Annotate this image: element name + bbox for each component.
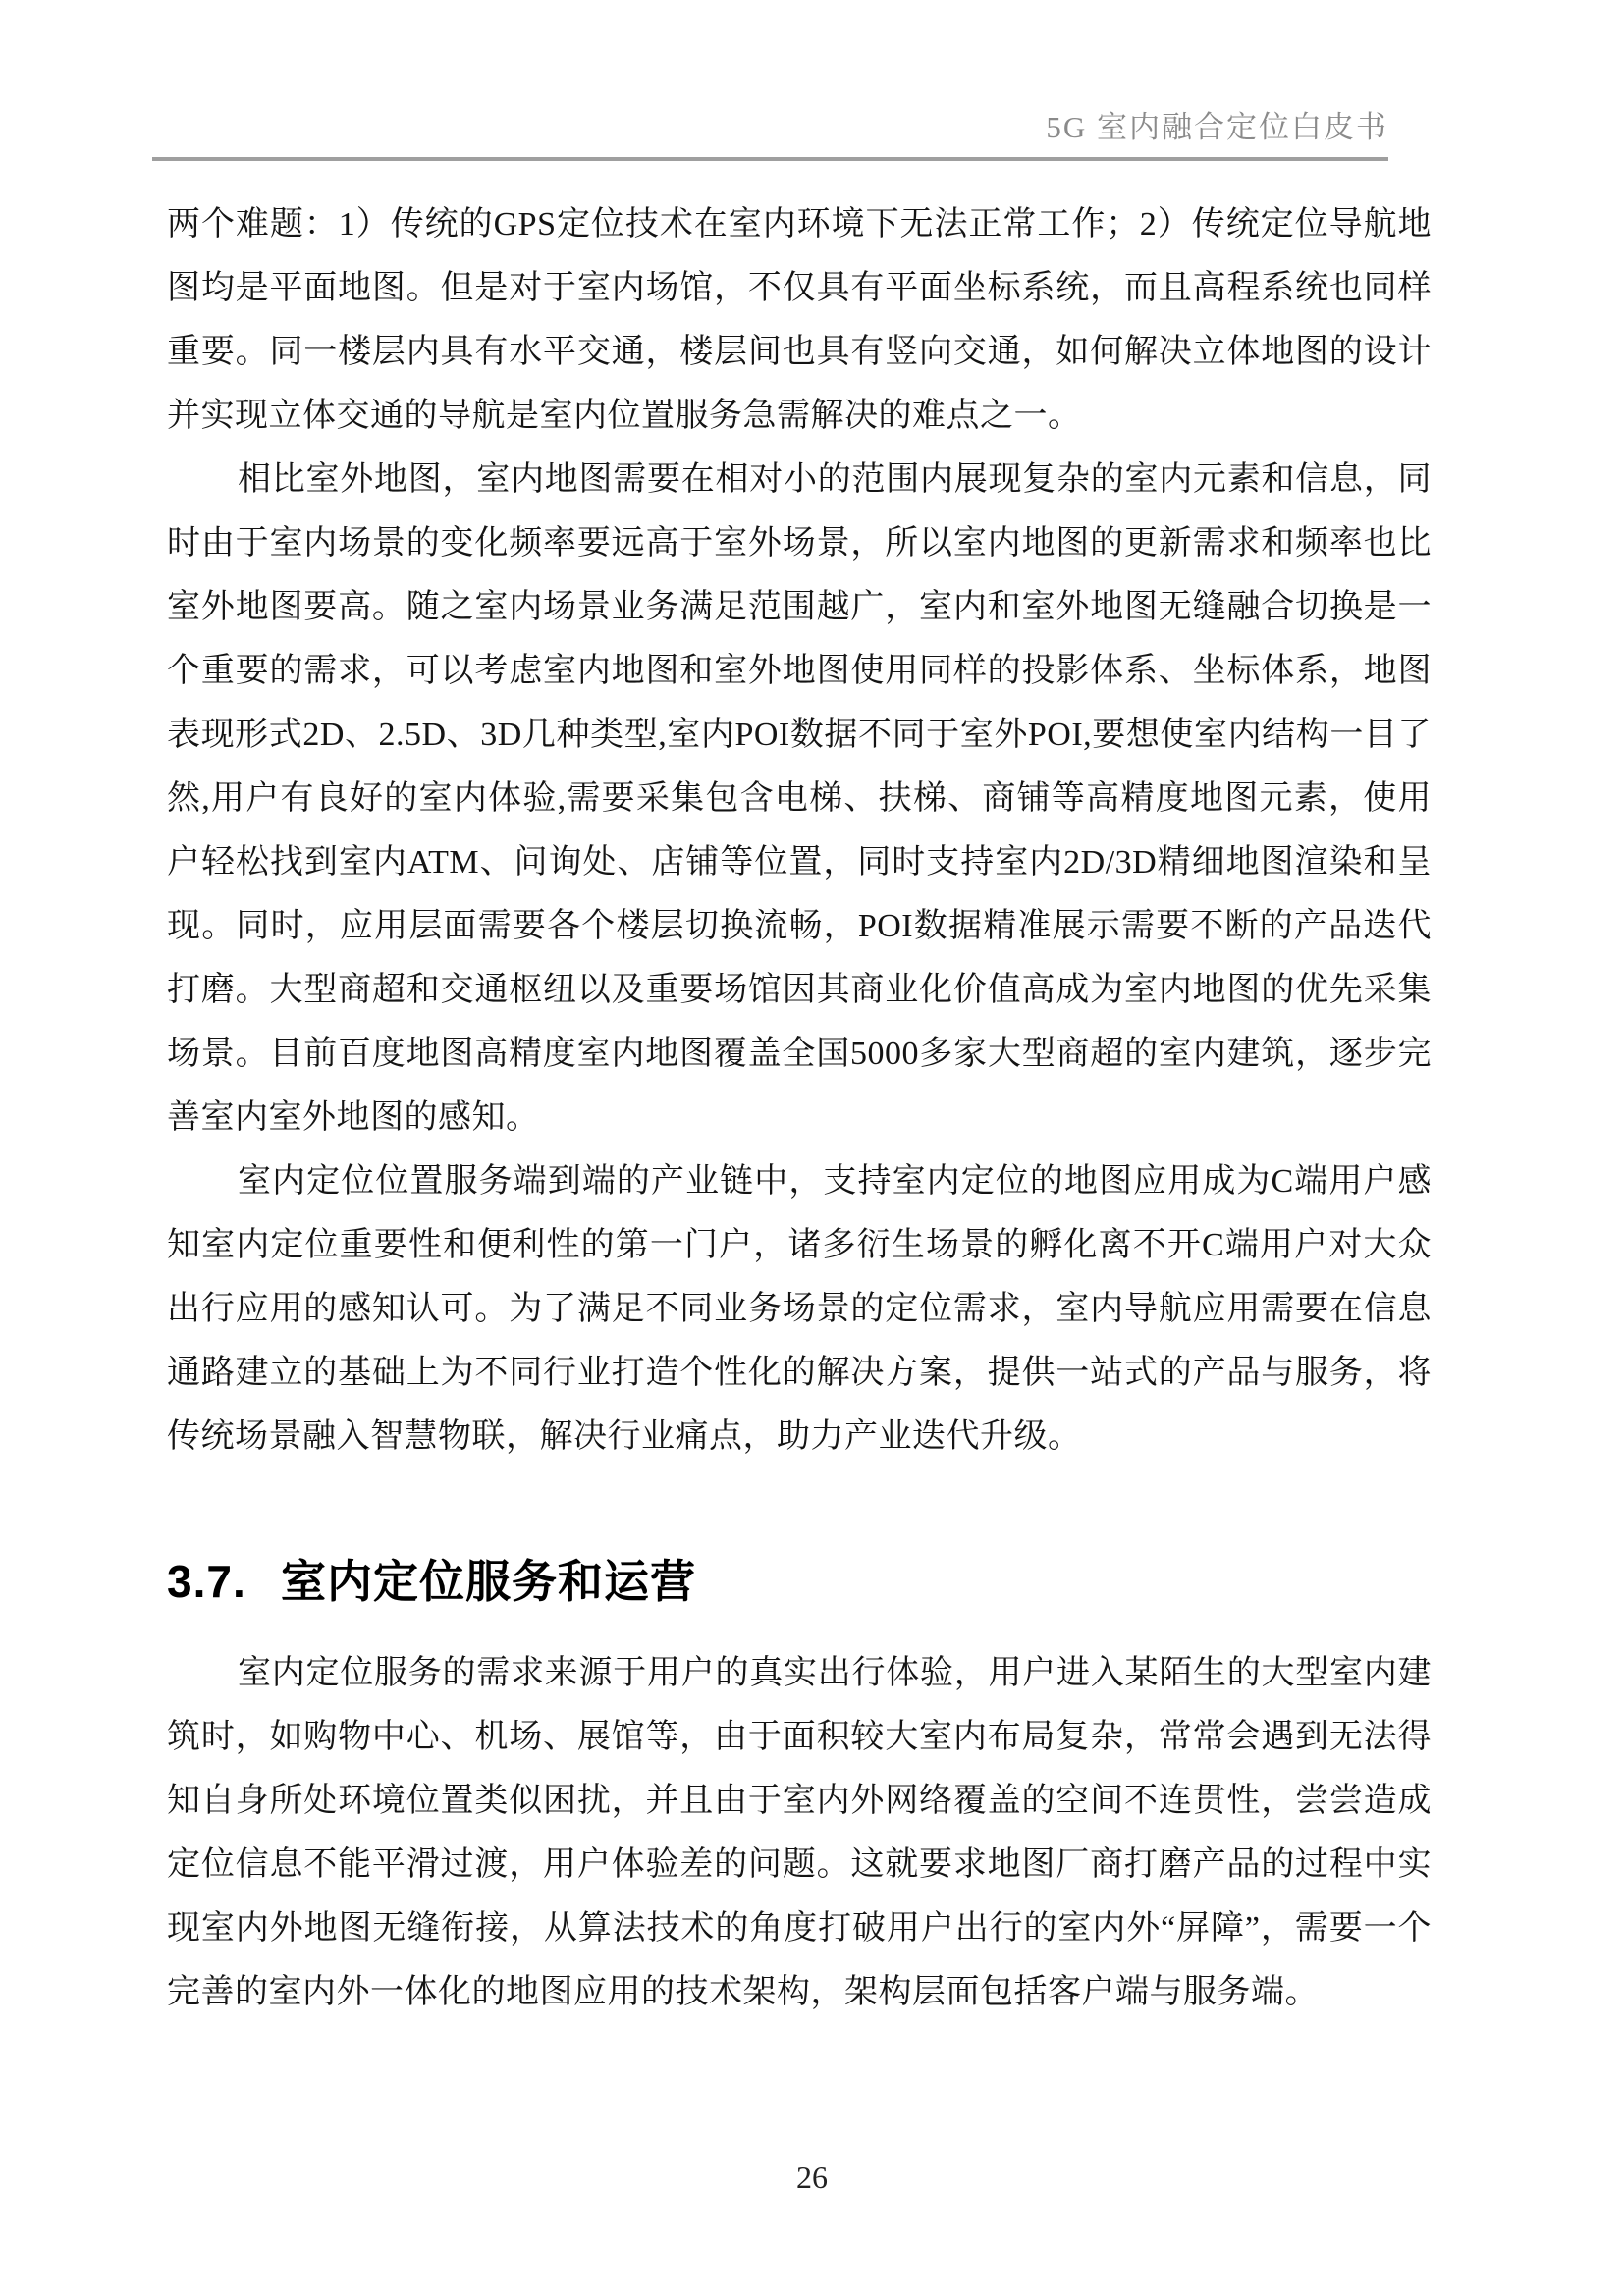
paragraph-industry-chain: 室内定位位置服务端到端的产业链中，支持室内定位的地图应用成为C端用户感知室内定位…	[167, 1149, 1432, 1468]
paragraph-continued: 两个难题：1）传统的GPS定位技术在室内环境下无法正常工作；2）传统定位导航地图…	[167, 192, 1432, 448]
section-title: 室内定位服务和运营	[281, 1556, 696, 1607]
running-header: 5G 室内融合定位白皮书	[152, 106, 1388, 161]
paragraph-service-operation: 室内定位服务的需求来源于用户的真实出行体验，用户进入某陌生的大型室内建筑时，如购…	[167, 1641, 1432, 2024]
header-title: 5G 室内融合定位白皮书	[1046, 110, 1388, 144]
document-page: 5G 室内融合定位白皮书 两个难题：1）传统的GPS定位技术在室内环境下无法正常…	[0, 0, 1624, 2296]
page-footer: 26	[0, 2160, 1624, 2196]
paragraph-indoor-map: 相比室外地图，室内地图需要在相对小的范围内展现复杂的室内元素和信息，同时由于室内…	[167, 448, 1432, 1149]
section-heading: 3.7.室内定位服务和运营	[167, 1549, 1432, 1614]
section-number: 3.7.	[167, 1549, 281, 1614]
page-number: 26	[796, 2160, 828, 2195]
page-body: 两个难题：1）传统的GPS定位技术在室内环境下无法正常工作；2）传统定位导航地图…	[167, 192, 1432, 2024]
